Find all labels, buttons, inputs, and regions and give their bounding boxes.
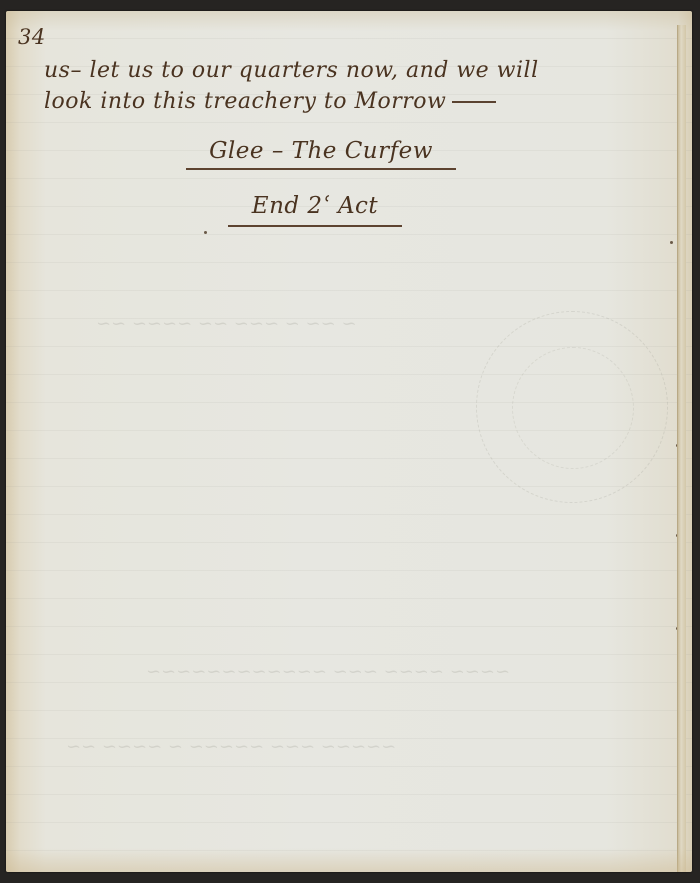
manuscript-page: ~ ~~ ~ ~~~ ~~ ~~~~ ~~ ~~~~ ~~~~ ~~~ ~~~~… <box>6 11 692 872</box>
manuscript-line: us– let us to our quarters now, and we w… <box>44 58 539 83</box>
scan-frame: ~ ~~ ~ ~~~ ~~ ~~~~ ~~ ~~~~ ~~~~ ~~~ ~~~~… <box>0 0 700 883</box>
line-dash <box>452 101 496 103</box>
stage-cue-heading: Glee – The Curfew <box>186 138 456 170</box>
page-edge <box>677 25 686 872</box>
bleed-through-text: ~~~~~ ~~~ ~~~~~ ~ ~~~~ ~~ <box>66 736 396 757</box>
bleed-through-text: ~~~~ ~~~~ ~~~ ~~~~~~~~~~~~ <box>146 661 510 682</box>
watermark-emblem <box>476 311 668 503</box>
manuscript-line-text: look into this treachery to Morrow <box>44 89 446 114</box>
ink-spot <box>204 231 207 234</box>
act-end-heading: End 2ʿ Act <box>228 193 402 227</box>
ink-spot <box>670 241 673 244</box>
page-number: 34 <box>18 25 46 49</box>
manuscript-line: look into this treachery to Morrow <box>44 89 496 114</box>
bleed-through-text: ~ ~~ ~ ~~~ ~~ ~~~~ ~~ <box>96 313 357 334</box>
